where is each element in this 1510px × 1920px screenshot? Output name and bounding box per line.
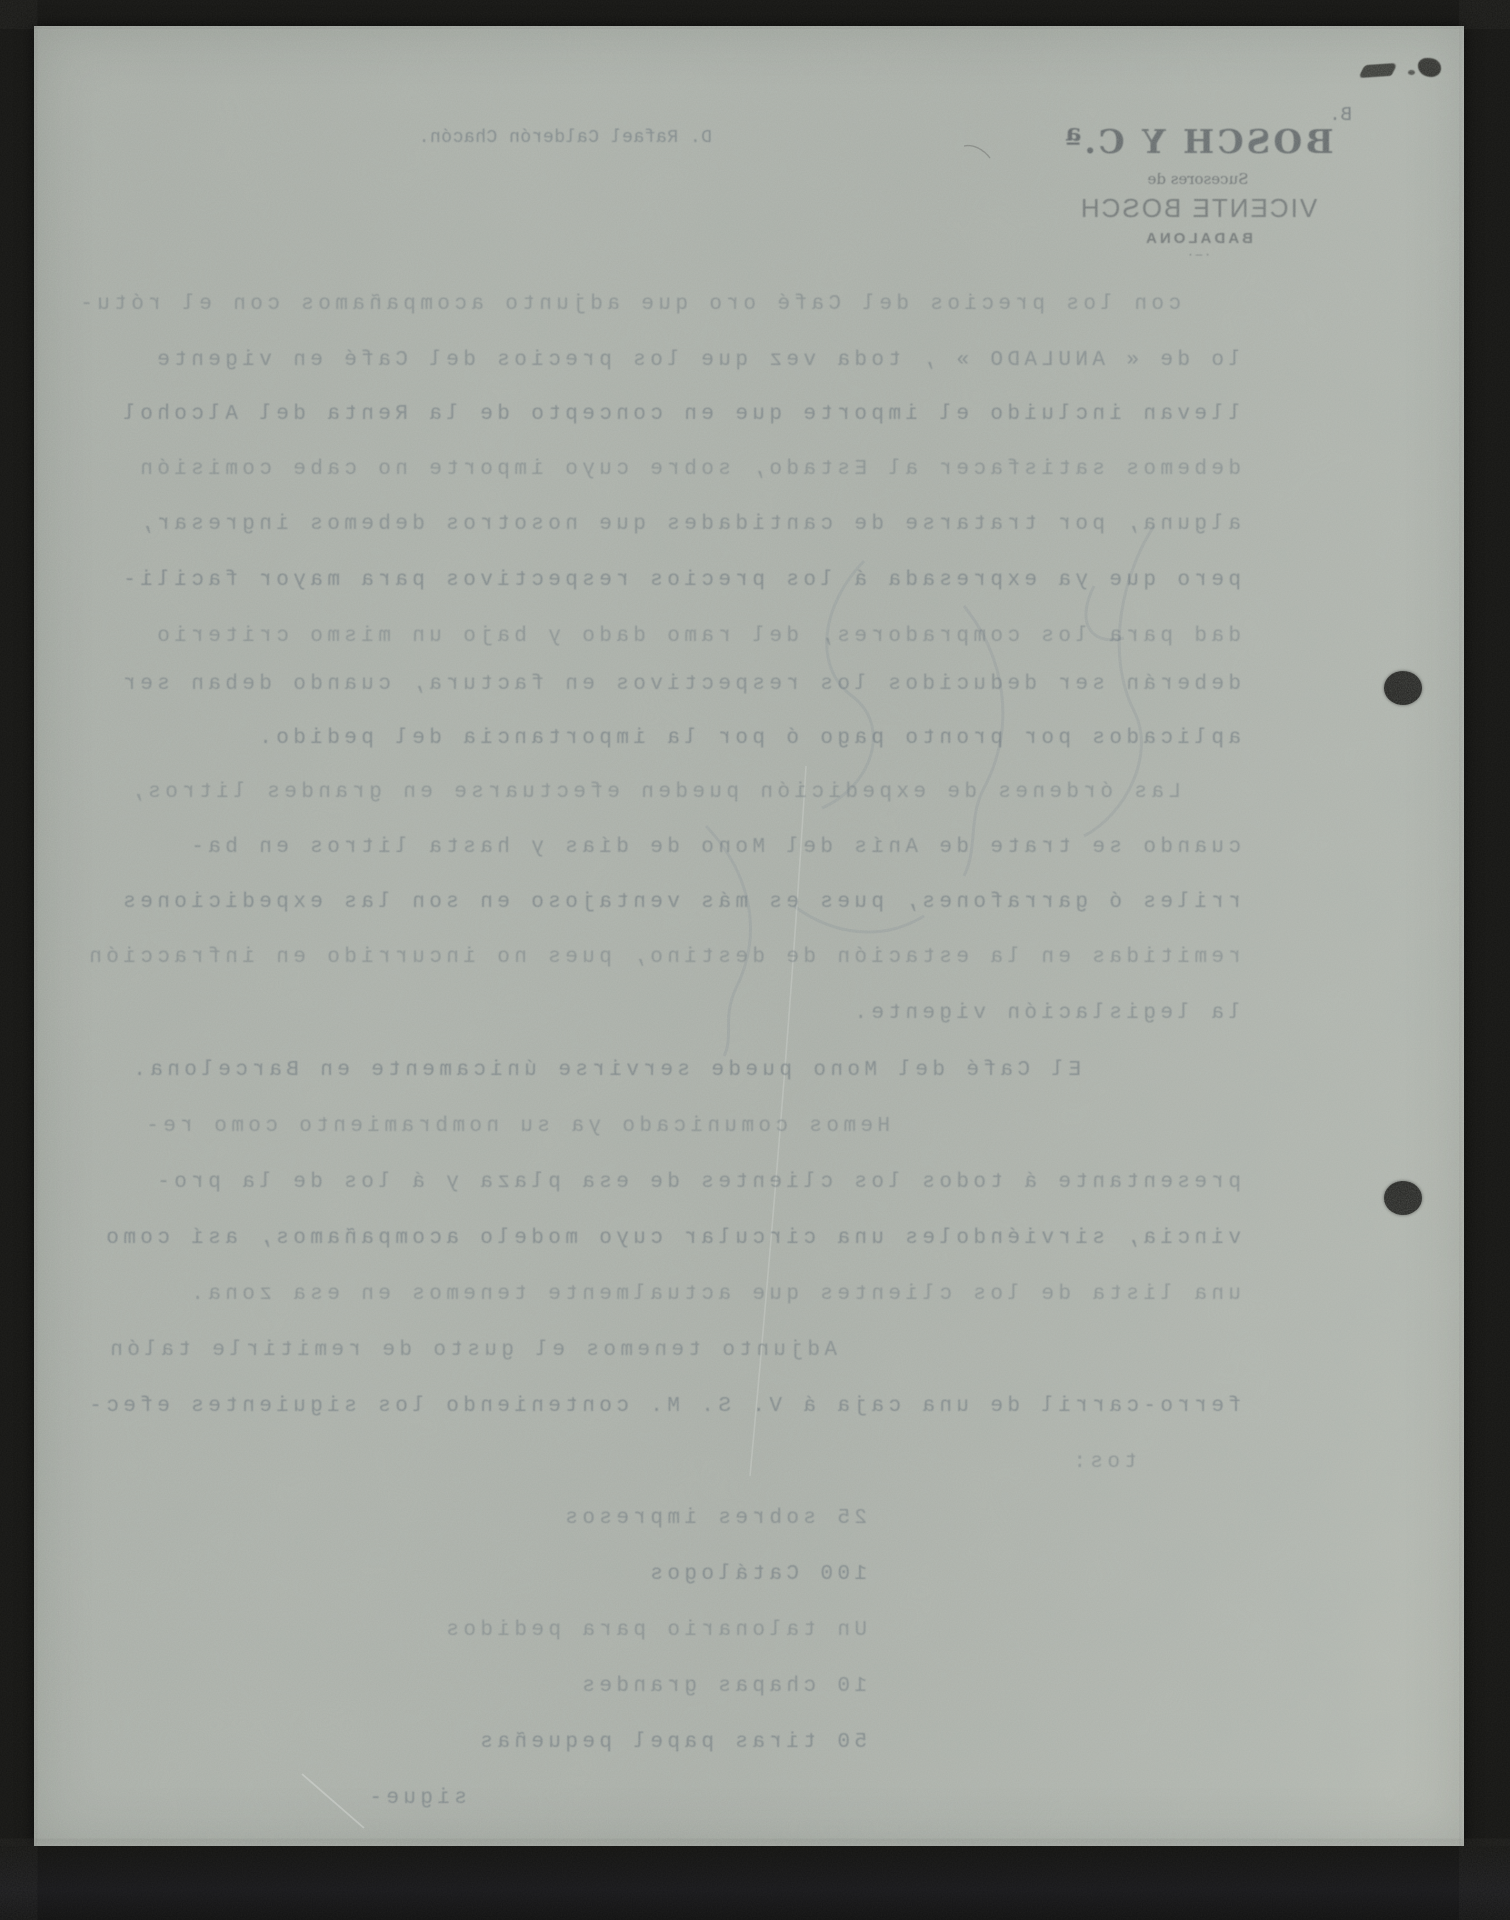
typewritten-line: remitidas en la estación de destino, pue… [85, 946, 1241, 969]
punch-hole-bottom [1384, 1181, 1422, 1215]
stray-ink-mark: B. [1329, 104, 1352, 126]
scanner-band-bottom [0, 1846, 1510, 1920]
typewritten-line: 25 sobres impresos [561, 1507, 867, 1530]
ink-speck [1418, 58, 1441, 77]
typewritten-line: vincia, sirviéndoles una circular cuyo m… [102, 1227, 1241, 1250]
typewritten-line: rriles ó garrafones, pues es más ventajo… [119, 891, 1241, 914]
typewritten-line: lo de « ANULADO » , toda vez que los pre… [153, 349, 1241, 372]
scanner-background: BOSCH Y C.ª Sucesores de VICENTE BOSCH B… [0, 0, 1510, 1920]
typewritten-line: con los precios del Café oro que adjunto… [76, 293, 1181, 316]
typewritten-line: una lista de los clientes que actualment… [187, 1283, 1241, 1306]
punch-hole-top [1384, 671, 1422, 705]
typewritten-line: cuando se trate de Anís del Mono de días… [187, 836, 1241, 859]
typewritten-line: Un talonario para pedidos [442, 1619, 867, 1642]
typewritten-line: El Café del Mono puede servirse únicamen… [129, 1059, 1081, 1082]
paper-sheet: BOSCH Y C.ª Sucesores de VICENTE BOSCH B… [34, 26, 1464, 1846]
typewritten-line: deberán ser deducidos los respectivos en… [119, 673, 1241, 696]
mirrored-showthrough-layer: BOSCH Y C.ª Sucesores de VICENTE BOSCH B… [34, 26, 1464, 1846]
typewritten-line: debemos satisfacer al Estado, sobre cuyo… [136, 458, 1241, 481]
ink-speck [1408, 70, 1415, 75]
typewritten-line: 50 tiras papel pequeñas [476, 1731, 867, 1754]
body-text-block: con los precios del Café oro que adjunto… [71, 26, 1241, 1846]
typewritten-line: dad para los compradores, del ramo dado … [153, 625, 1241, 648]
typewritten-line: alguna, por tratarse de cantidades que n… [136, 513, 1241, 536]
typewritten-line: la legislación vigente. [850, 1002, 1241, 1025]
typewritten-line: ferro-carril de una caja á V. S. M. cont… [85, 1395, 1241, 1418]
typewritten-line: pero que ya expresada á los precios resp… [119, 569, 1241, 592]
typewritten-line: Las órdenes de expedición pueden efectua… [127, 781, 1181, 804]
typewritten-line: tos: [1069, 1451, 1137, 1474]
typewritten-line: 10 chapas grandes [578, 1675, 867, 1698]
typewritten-line: sigue- [365, 1787, 467, 1810]
typewritten-line: Adjunto tenemos el gusto de remitirle ta… [106, 1339, 837, 1362]
typewritten-line: 100 Catálogos [646, 1563, 867, 1586]
typewritten-line: presentante á todos los clientes de esa … [153, 1171, 1241, 1194]
typewritten-line: aplicados por pronto pago ó por la impor… [255, 727, 1241, 750]
typewritten-line: llevan incluido el importe que en concep… [119, 403, 1241, 426]
typewritten-line: Hemos comunicado ya su nombramiento como… [142, 1115, 890, 1138]
